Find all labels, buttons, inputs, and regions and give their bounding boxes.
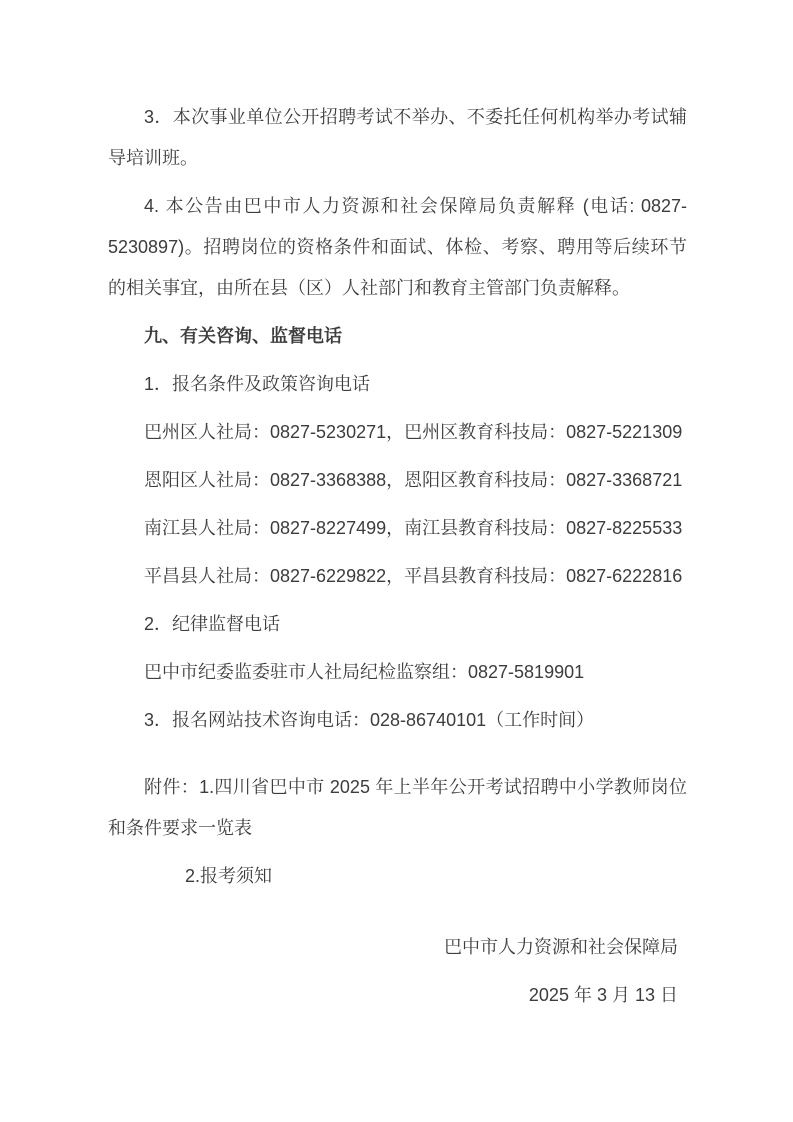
website-phone-title: 3．报名网站技术咨询电话：028-86740101（工作时间） <box>108 700 687 741</box>
phone-line-pingchang: 平昌县人社局：0827-6229822，平昌县教育科技局：0827-622281… <box>108 556 687 597</box>
paragraph-note-4: 4. 本公告由巴中市人力资源和社会保障局负责解释 (电话: 0827-52308… <box>108 186 687 309</box>
signature-issuer: 巴中市人力资源和社会保障局 <box>108 927 687 968</box>
phone-line-nanjiang: 南江县人社局：0827-8227499，南江县教育科技局：0827-822553… <box>108 508 687 549</box>
consult-phone-title: 1．报名条件及政策咨询电话 <box>108 364 687 405</box>
discipline-phone-title: 2．纪律监督电话 <box>108 604 687 645</box>
signature-date: 2025 年 3 月 13 日 <box>108 975 687 1016</box>
phone-line-bazhou: 巴州区人社局：0827-5230271，巴州区教育科技局：0827-522130… <box>108 412 687 453</box>
phone-line-enyang: 恩阳区人社局：0827-3368388，恩阳区教育科技局：0827-336872… <box>108 460 687 501</box>
paragraph-note-3: 3．本次事业单位公开招聘考试不举办、不委托任何机构举办考试辅导培训班。 <box>108 97 687 179</box>
discipline-phone-line: 巴中市纪委监委驻市人社局纪检监察组：0827-5819901 <box>108 652 687 693</box>
section-heading-9: 九、有关咨询、监督电话 <box>108 316 687 357</box>
attachment-line-1: 附件：1.四川省巴中市 2025 年上半年公开考试招聘中小学教师岗位和条件要求一… <box>108 767 687 849</box>
document-page: 3．本次事业单位公开招聘考试不举办、不委托任何机构举办考试辅导培训班。 4. 本… <box>0 0 793 1122</box>
attachment-line-2: 2.报考须知 <box>108 856 687 897</box>
